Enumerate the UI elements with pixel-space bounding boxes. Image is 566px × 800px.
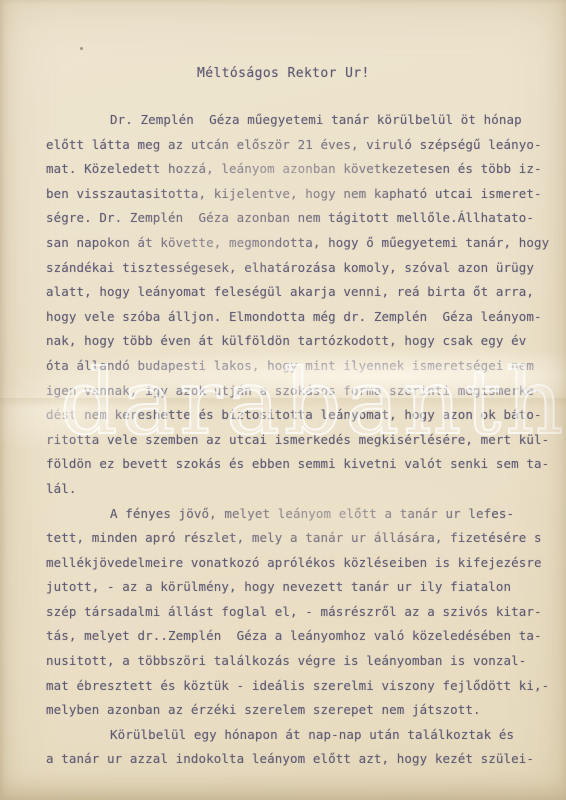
text-line: A fényes jövő, melyet leányom előtt a ta… bbox=[46, 502, 551, 527]
paper-speck bbox=[80, 47, 83, 50]
text-line: ségre. Dr. Zemplén Géza azonban nem tági… bbox=[46, 206, 551, 231]
text-line: alatt, hogy leányomat feleségül akarja v… bbox=[46, 280, 551, 305]
document-page: Méltóságos Rektor Ur! Dr. Zemplén Géza m… bbox=[0, 0, 566, 800]
text-line: Dr. Zemplén Géza műegyetemi tanár körülb… bbox=[46, 108, 551, 133]
text-line: földön ez bevett szokás és ebben semmi k… bbox=[46, 452, 551, 477]
document-title: Méltóságos Rektor Ur! bbox=[197, 66, 370, 81]
text-line: tás, melyet dr..Zemplén Géza a leányomho… bbox=[46, 624, 551, 649]
text-line: jutott, - az a körülmény, hogy nevezett … bbox=[46, 575, 551, 600]
text-line: dést nem kereshette és biztositotta leán… bbox=[46, 403, 551, 428]
text-line: nusitott, a többszöri találkozás végre i… bbox=[46, 649, 551, 674]
text-line: ben visszautasitotta, kijelentve, hogy n… bbox=[46, 182, 551, 207]
text-line: mat ébresztett és köztük - ideális szere… bbox=[46, 674, 551, 699]
text-line: san napokon át követte, megmondotta, hog… bbox=[46, 231, 551, 256]
text-line: előtt látta meg az utcán először 21 éves… bbox=[46, 133, 551, 158]
text-line: nak, hogy több éven át külföldön tartózk… bbox=[46, 329, 551, 354]
text-line: óta állandó budapesti lakos, hogy mint i… bbox=[46, 354, 551, 379]
text-line: tett, minden apró részlet, mely a tanár … bbox=[46, 526, 551, 551]
text-line: mat. Közeledett hozzá, leányom azonban k… bbox=[46, 157, 551, 182]
text-line: a tanár ur azzal indokolta leányom előtt… bbox=[46, 747, 551, 772]
text-line: hogy vele szóba álljon. Elmondotta még d… bbox=[46, 305, 551, 330]
text-line: igen vannak, igy azok utján a szokásos f… bbox=[46, 379, 551, 404]
text-line: szándékai tisztességesek, elhatározása k… bbox=[46, 256, 551, 281]
document-body: Dr. Zemplén Géza műegyetemi tanár körülb… bbox=[46, 108, 551, 772]
text-line: mellékjövedelmeire vonatkozó aprólékos k… bbox=[46, 551, 551, 576]
text-line: lál. bbox=[46, 477, 551, 502]
text-line: melyben azonban az érzéki szerelem szere… bbox=[46, 698, 551, 723]
text-line: ritotta vele szemben az utcai ismerkedés… bbox=[46, 428, 551, 453]
text-line: szép társadalmi állást foglal el, - másr… bbox=[46, 600, 551, 625]
text-line: Körülbelül egy hónapon át nap-nap után t… bbox=[46, 723, 551, 748]
